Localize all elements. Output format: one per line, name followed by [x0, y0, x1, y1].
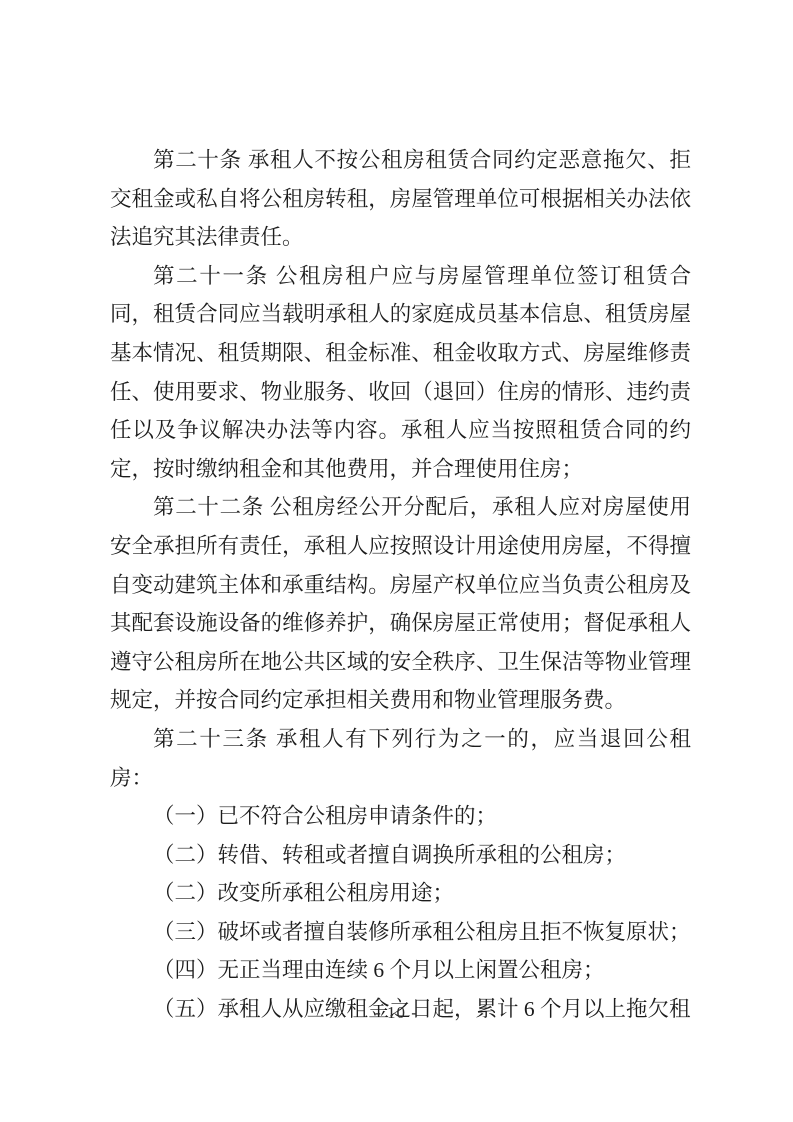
- article-22-paragraph: 第二十二条 公租房经公开分配后，承租人应对房屋使用安全承担所有责任，承租人应按照…: [110, 488, 691, 720]
- article-22-text: 公租房经公开分配后，承租人应对房屋使用安全承担所有责任，承租人应按照设计用途使用…: [110, 495, 691, 712]
- list-item-5: （四）无正当理由连续 6 个月以上闲置公租房；: [110, 951, 691, 990]
- article-23-label: 第二十三条: [153, 727, 269, 751]
- article-21-label: 第二十一条: [153, 264, 269, 288]
- article-22-label: 第二十二条: [153, 495, 264, 519]
- list-item-1: （一）已不符合公租房申请条件的；: [110, 797, 691, 836]
- list-item-4: （三）破坏或者擅自装修所承租公租房且拒不恢复原状；: [110, 913, 691, 952]
- article-23-paragraph: 第二十三条 承租人有下列行为之一的，应当退回公租房：: [110, 720, 691, 797]
- article-20-label: 第二十条: [153, 148, 242, 172]
- document-body: 第二十条 承租人不按公租房租赁合同约定恶意拖欠、拒交租金或私自将公租房转租，房屋…: [110, 141, 691, 1029]
- document-page: 第二十条 承租人不按公租房租赁合同约定恶意拖欠、拒交租金或私自将公租房转租，房屋…: [0, 0, 793, 1122]
- page-number: - 10 -: [0, 1003, 793, 1023]
- article-20-paragraph: 第二十条 承租人不按公租房租赁合同约定恶意拖欠、拒交租金或私自将公租房转租，房屋…: [110, 141, 691, 257]
- list-item-2: （二）转借、转租或者擅自调换所承租的公租房；: [110, 836, 691, 875]
- article-21-text: 公租房租户应与房屋管理单位签订租赁合同，租赁合同应当载明承租人的家庭成员基本信息…: [110, 264, 691, 481]
- article-21-paragraph: 第二十一条 公租房租户应与房屋管理单位签订租赁合同，租赁合同应当载明承租人的家庭…: [110, 257, 691, 489]
- list-item-3: （二）改变所承租公租房用途；: [110, 874, 691, 913]
